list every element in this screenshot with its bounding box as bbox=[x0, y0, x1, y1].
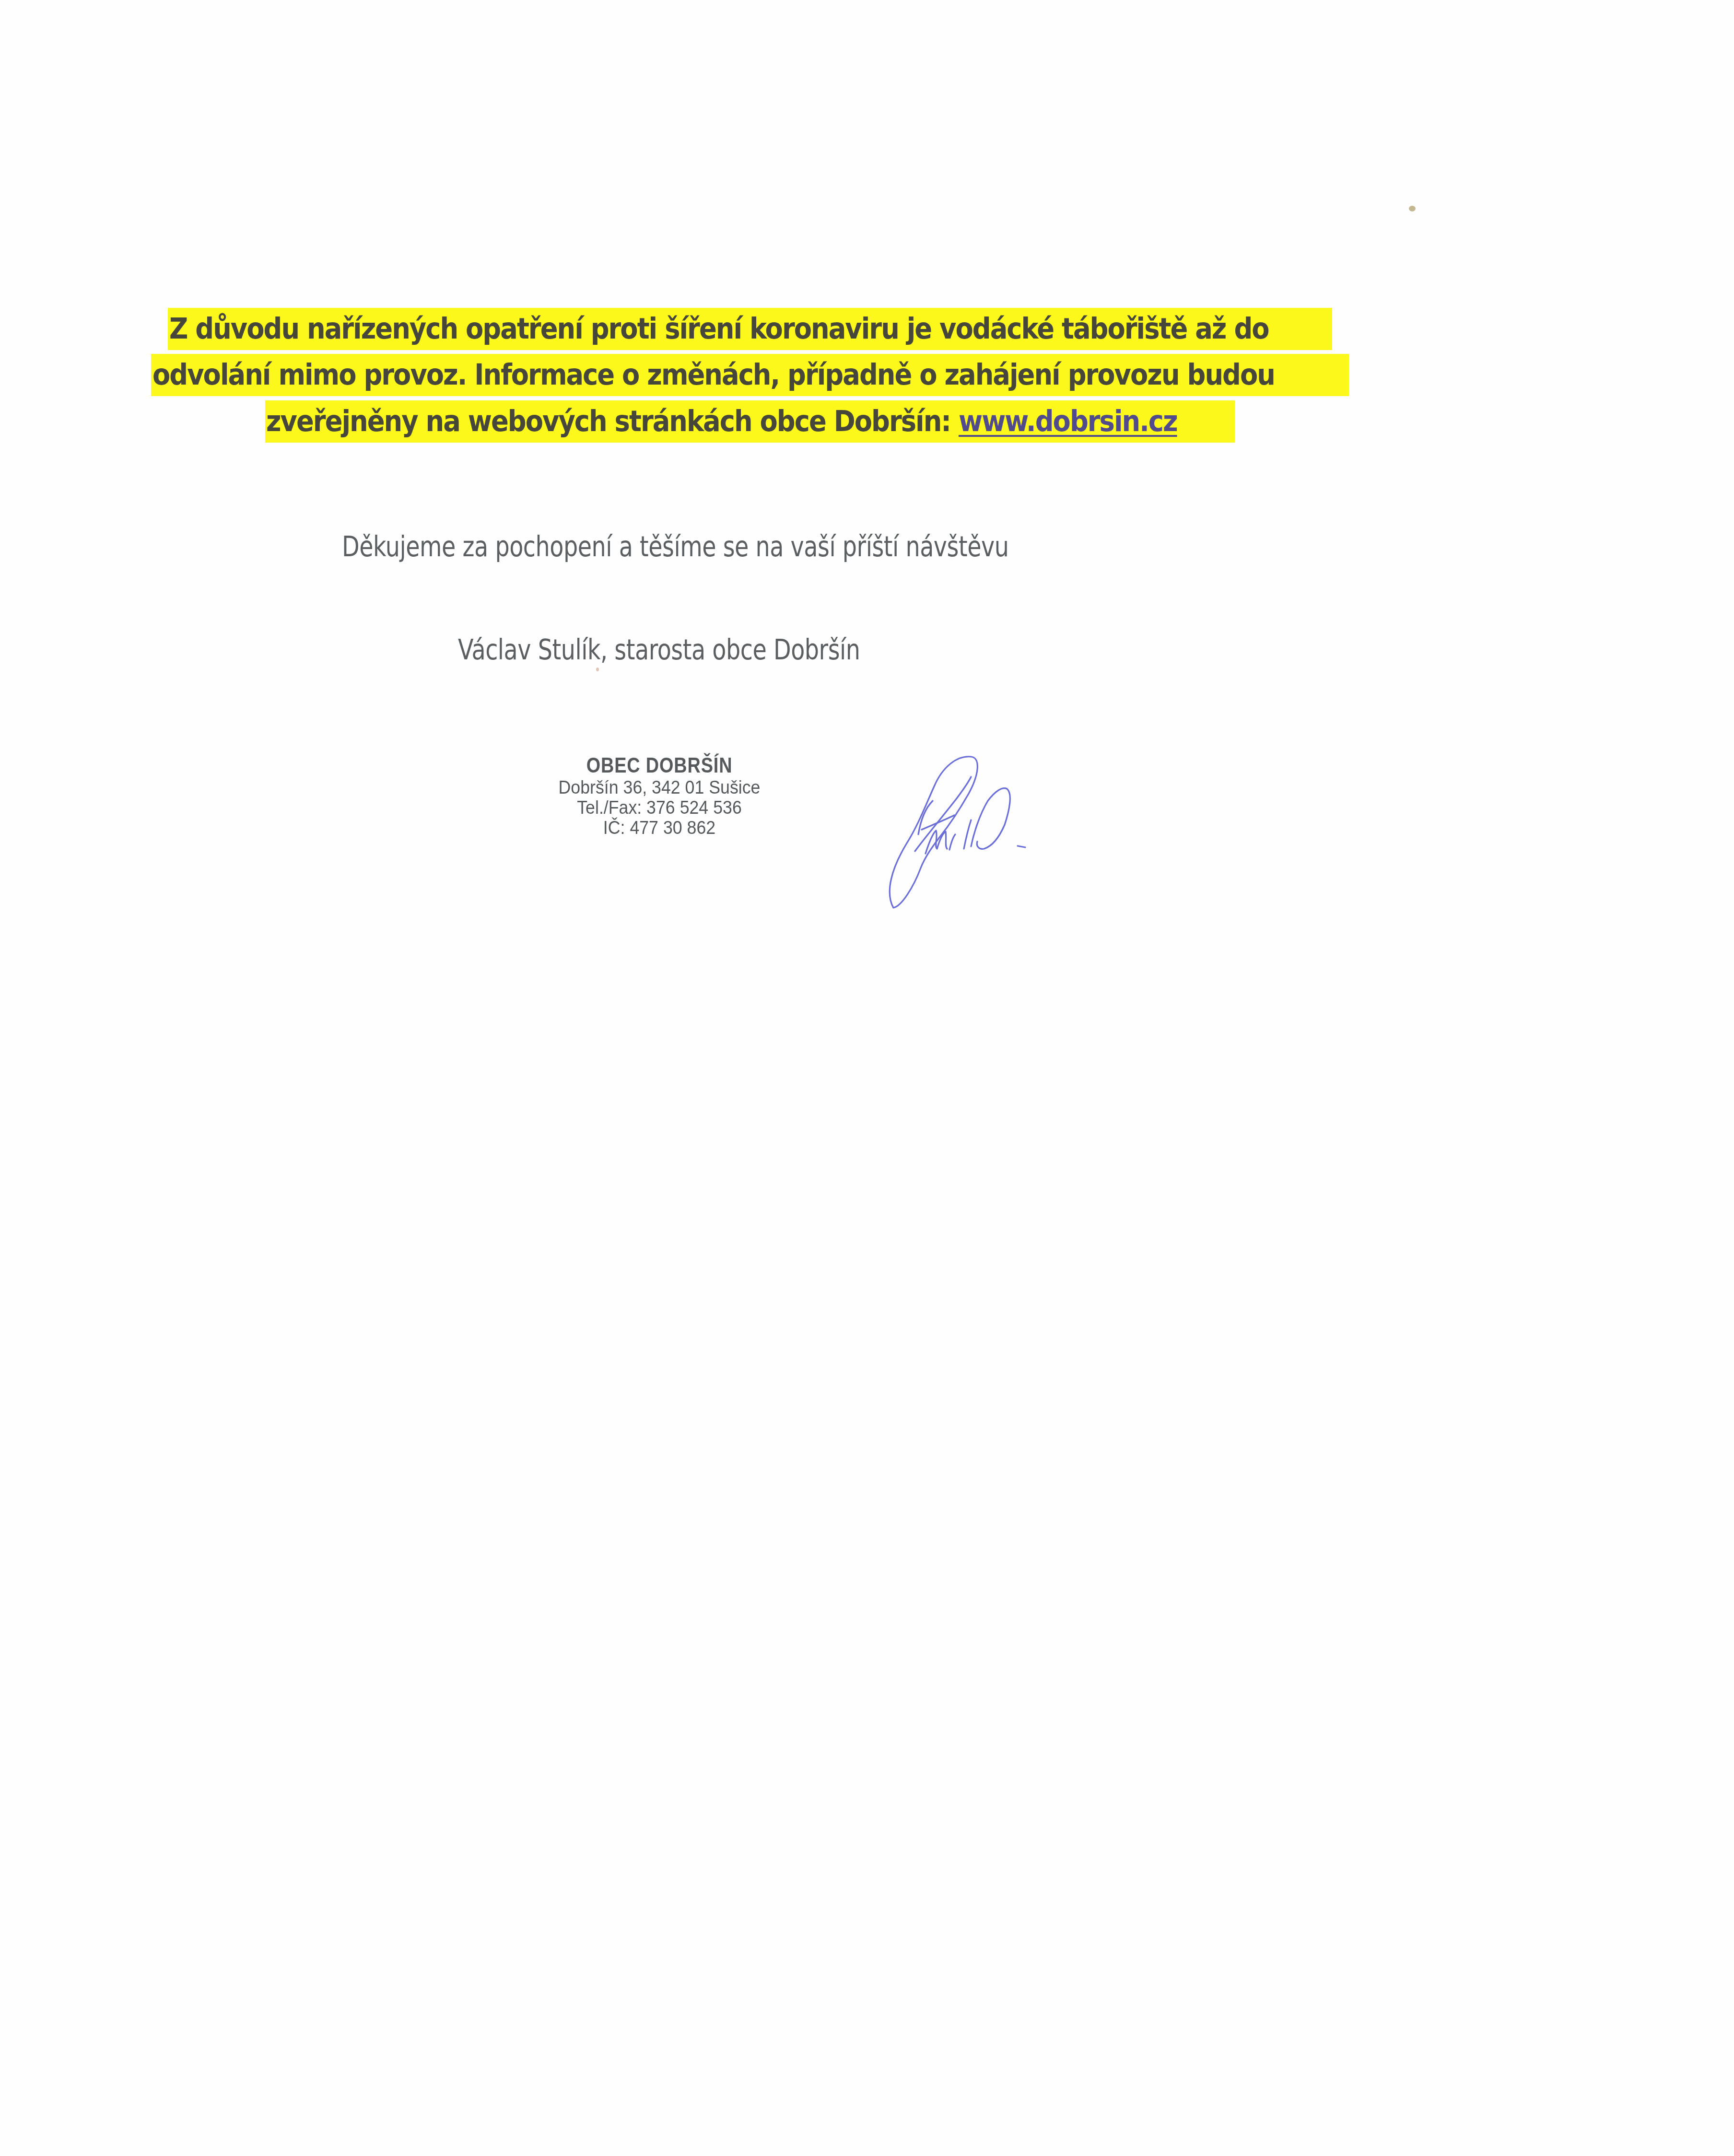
stamp-phone: Tel./Fax: 376 524 536 bbox=[549, 798, 770, 818]
scan-speck bbox=[1409, 206, 1416, 211]
notice-line-3-text: zveřejněny na webových stránkách obce Do… bbox=[266, 405, 959, 438]
document-page: Z důvodu nařízených opatření proti šířen… bbox=[0, 0, 1734, 2156]
municipal-stamp: OBEC DOBRŠÍN Dobršín 36, 342 01 Sušice T… bbox=[542, 754, 777, 838]
signatory-name: Václav Stulík, starosta obce Dobršín bbox=[458, 633, 860, 667]
notice-line-2-text: odvolání mimo provoz. Informace o změnác… bbox=[152, 354, 1275, 396]
scan-speck bbox=[596, 668, 599, 671]
stamp-title: OBEC DOBRŠÍN bbox=[558, 754, 760, 778]
notice-line-3: zveřejněny na webových stránkách obce Do… bbox=[265, 400, 1235, 443]
thanks-message: Děkujeme za pochopení a těšíme se na vaš… bbox=[342, 530, 1008, 563]
notice-line-1: Z důvodu nařízených opatření proti šířen… bbox=[168, 308, 1332, 350]
stamp-address: Dobršín 36, 342 01 Sušice bbox=[549, 778, 770, 798]
handwritten-signature-icon bbox=[873, 748, 1036, 921]
notice-line-3-wrap: zveřejněny na webových stránkách obce Do… bbox=[266, 400, 1177, 443]
notice-line-2: odvolání mimo provoz. Informace o změnác… bbox=[151, 354, 1349, 396]
stamp-id-number: IČ: 477 30 862 bbox=[549, 818, 770, 838]
website-link[interactable]: www.dobrsin.cz bbox=[959, 405, 1177, 438]
notice-line-1-text: Z důvodu nařízených opatření proti šířen… bbox=[169, 308, 1269, 350]
